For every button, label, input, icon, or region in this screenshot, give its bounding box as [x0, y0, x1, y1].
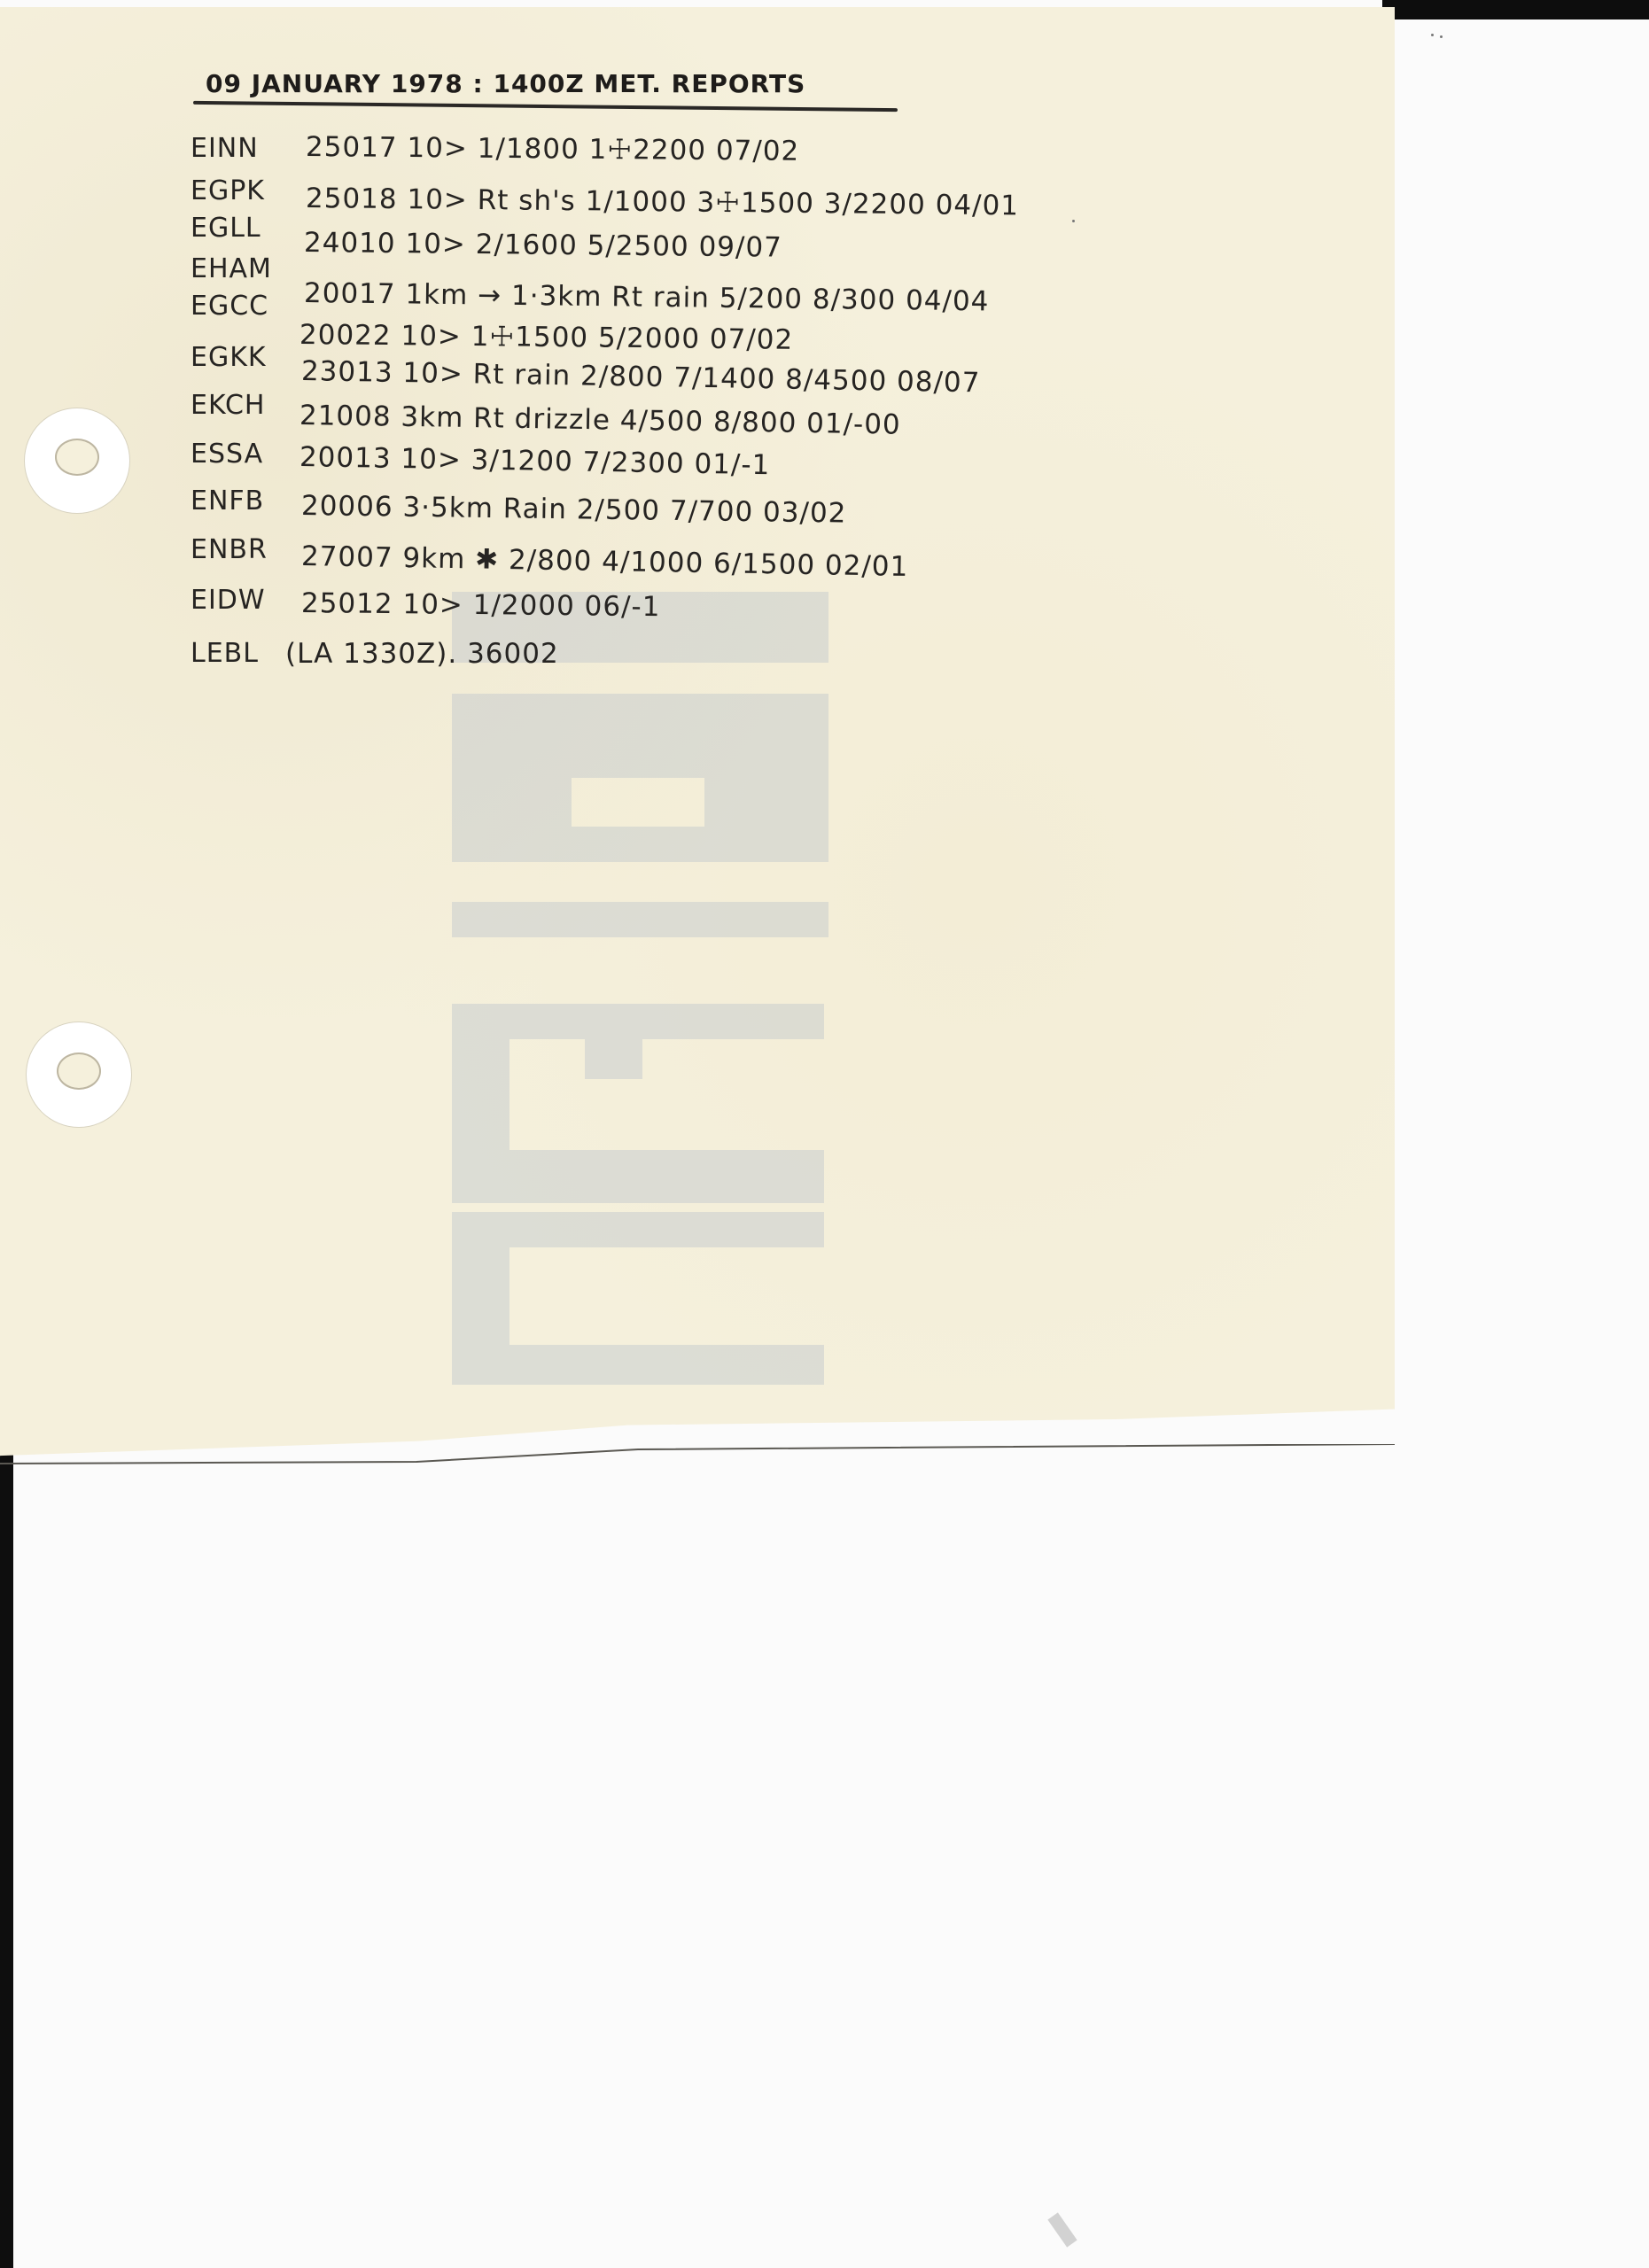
report-data: 20017 1km → 1·3km Rt rain 5/200 8/300 04… — [304, 277, 990, 317]
report-data: 20013 10> 3/1200 7/2300 01/-1 — [299, 441, 771, 481]
report-data: 25012 10> 1/2000 06/-1 — [301, 587, 661, 623]
station-code: EIDW — [191, 585, 266, 616]
report-data: 21008 3km Rt drizzle 4/500 8/800 01/-00 — [299, 400, 901, 441]
station-code: ENBR — [191, 534, 268, 565]
station-code: ENFB — [191, 485, 264, 517]
report-data: 20022 10> 1☩1500 5/2000 07/02 — [299, 319, 794, 356]
station-code: EGPK — [191, 175, 265, 206]
page-title: 09 JANUARY 1978 : 1400Z MET. REPORTS — [206, 69, 805, 98]
station-code: EGKK — [191, 342, 267, 373]
station-code: LEBL — [191, 638, 259, 669]
station-code: EINN — [191, 133, 259, 164]
station-code: EKCH — [191, 390, 266, 421]
report-data: 25018 10> Rt sh's 1/1000 3☩1500 3/2200 0… — [306, 183, 1019, 221]
report-data: 23013 10> Rt rain 2/800 7/1400 8/4500 08… — [301, 355, 981, 399]
station-code: EGCC — [191, 291, 268, 322]
report-data: (LA 1330Z). 36002 — [285, 638, 559, 670]
report-data: 25017 10> 1/1800 1☩2200 07/02 — [306, 131, 800, 167]
paper-sheet: 09 JANUARY 1978 : 1400Z MET. REPORTS EIN… — [0, 7, 1395, 1464]
punch-hole-reinforcement-bottom — [27, 1022, 131, 1127]
station-code: EGLL — [191, 213, 261, 244]
title-underline — [193, 101, 898, 112]
scanner-border-top — [1382, 0, 1649, 19]
dust-speck — [1072, 220, 1075, 222]
dust-speck — [1440, 35, 1443, 38]
scanner-border-left — [0, 1453, 13, 2268]
station-code: ESSA — [191, 439, 263, 470]
report-data: 27007 9km ✱ 2/800 4/1000 6/1500 02/01 — [301, 540, 909, 583]
report-data: 20006 3·5km Rain 2/500 7/700 03/02 — [301, 490, 847, 530]
punch-hole-reinforcement-top — [25, 408, 129, 513]
report-data: 24010 10> 2/1600 5/2500 09/07 — [304, 227, 782, 264]
station-code: EHAM — [191, 253, 272, 284]
scan-scuff-mark — [1047, 2212, 1077, 2247]
dust-speck — [1431, 34, 1434, 36]
